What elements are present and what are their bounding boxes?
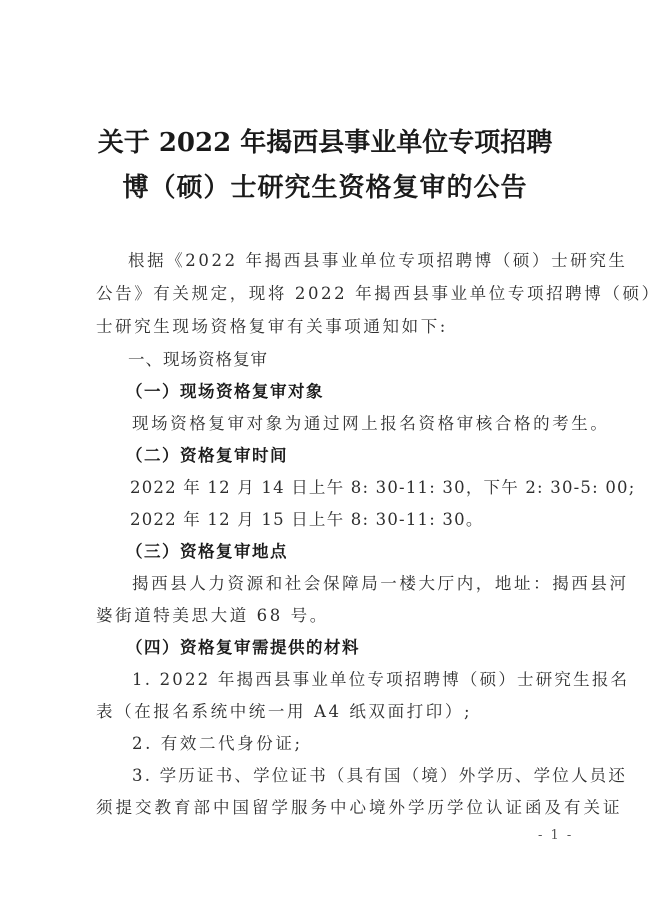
subsection-3-heading: （三）资格复审地点 — [126, 538, 288, 562]
schedule-line-2: 2022 年 12 月 15 日上午 8: 30-11: 30。 — [130, 506, 484, 530]
document-title-line-1: 关于 2022 年揭西县事业单位专项招聘 — [0, 122, 650, 159]
section-1-heading: 一、现场资格复审 — [128, 346, 268, 370]
subsection-2-heading: （二）资格复审时间 — [126, 442, 288, 466]
subsection-4-heading: （四）资格复审需提供的材料 — [126, 634, 360, 658]
materials-line-1: 1. 2022 年揭西县事业单位专项招聘博（硕）士研究生报名 — [132, 666, 629, 690]
location-line-2: 婆街道特美思大道 68 号。 — [96, 602, 329, 626]
intro-paragraph-line-1: 根据《2022 年揭西县事业单位专项招聘博（硕）士研究生 — [128, 247, 628, 271]
intro-paragraph-line-3: 士研究生现场资格复审有关事项通知如下: — [96, 313, 448, 337]
schedule-line-1: 2022 年 12 月 14 日上午 8: 30-11: 30，下午 2: 30… — [130, 474, 636, 498]
subsection-1-text: 现场资格复审对象为通过网上报名资格审核合格的考生。 — [132, 410, 610, 434]
materials-line-3: 2. 有效二代身份证; — [132, 730, 303, 754]
document-title-line-2: 博（硕）士研究生资格复审的公告 — [0, 167, 650, 204]
page-number: - 1 - — [538, 828, 573, 843]
subsection-1-heading: （一）现场资格复审对象 — [126, 378, 324, 402]
materials-line-4: 3. 学历证书、学位证书（具有国（境）外学历、学位人员还 — [132, 762, 627, 786]
materials-line-5: 须提交教育部中国留学服务中心境外学历学位认证函及有关证 — [96, 794, 623, 818]
intro-paragraph-line-2: 公告》有关规定，现将 2022 年揭西县事业单位专项招聘博（硕） — [96, 280, 650, 304]
document-page: 关于 2022 年揭西县事业单位专项招聘 博（硕）士研究生资格复审的公告 根据《… — [0, 0, 650, 918]
location-line-1: 揭西县人力资源和社会保障局一楼大厅内，地址：揭西县河 — [132, 570, 629, 594]
materials-line-2: 表（在报名系统中统一用 A4 纸双面打印）; — [96, 698, 472, 722]
